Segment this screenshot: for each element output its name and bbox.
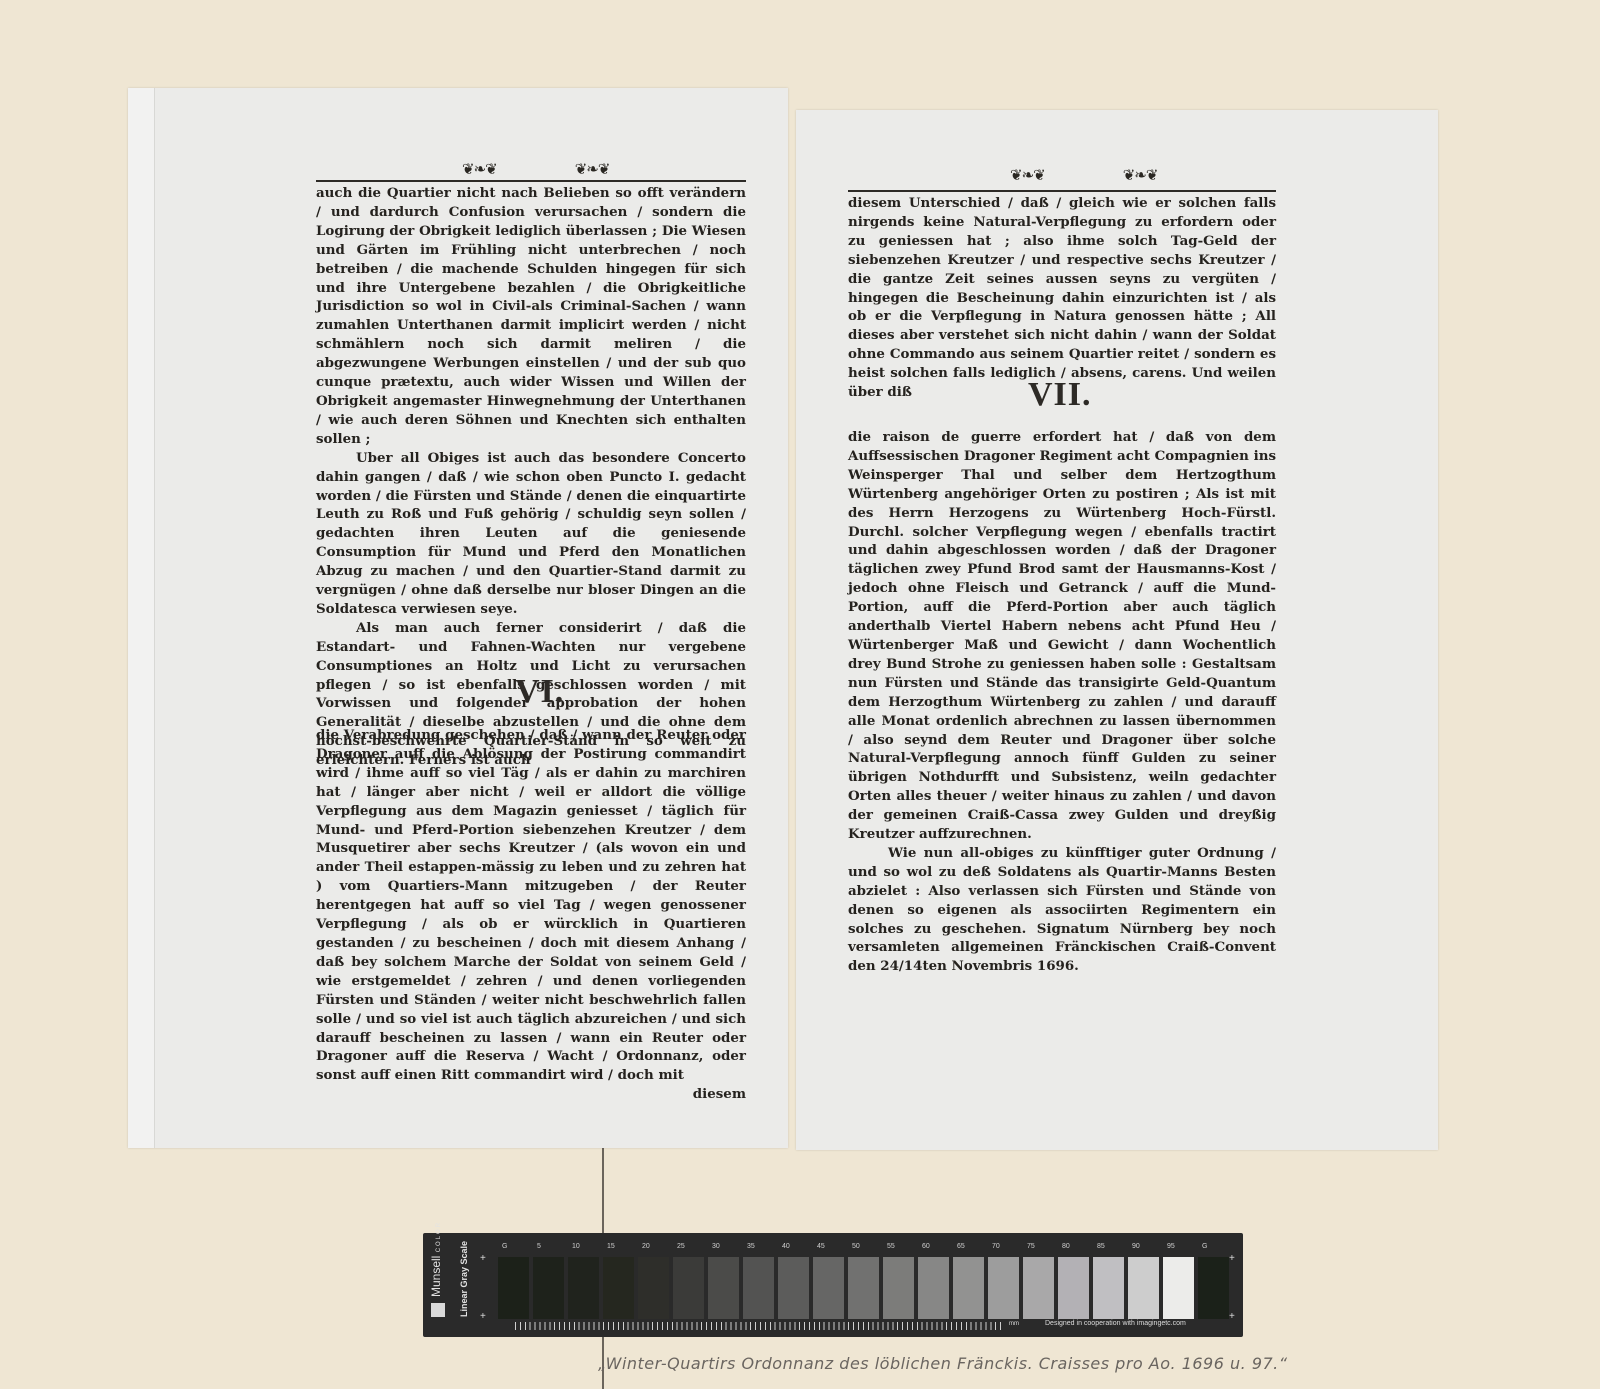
gray-patch: 60	[918, 1243, 949, 1319]
gray-patch: 5	[533, 1243, 564, 1319]
gray-patch: 80	[1058, 1243, 1089, 1319]
paragraph: auch die Quartier nicht nach Belieben so…	[316, 184, 746, 449]
patch-swatch	[638, 1257, 669, 1319]
patch-swatch	[778, 1257, 809, 1319]
gray-patch: 30	[708, 1243, 739, 1319]
patch-swatch	[988, 1257, 1019, 1319]
gray-patch: 20	[638, 1243, 669, 1319]
paragraph: die Verabredung geschehen / daß / wann d…	[316, 726, 746, 1085]
patch-swatch	[568, 1257, 599, 1319]
left-page-section-body: die Verabredung geschehen / daß / wann d…	[316, 726, 746, 1104]
registration-mark-icon: +	[480, 1253, 486, 1264]
paragraph: die raison de guerre erfordert hat / daß…	[848, 428, 1276, 844]
gray-patch: 50	[848, 1243, 879, 1319]
patch-label: 60	[918, 1243, 930, 1257]
patch-swatch	[1128, 1257, 1159, 1319]
patch-swatch	[673, 1257, 704, 1319]
gray-patches: G5101520253035404550556065707580859095G	[498, 1243, 1229, 1319]
right-page-body: diesem Unterschied / daß / gleich wie er…	[848, 194, 1276, 402]
patch-label: 10	[568, 1243, 580, 1257]
patch-swatch	[848, 1257, 879, 1319]
paragraph: diesem Unterschied / daß / gleich wie er…	[848, 194, 1276, 402]
gray-patch: 35	[743, 1243, 774, 1319]
gray-patch: 55	[883, 1243, 914, 1319]
patch-swatch	[498, 1257, 529, 1319]
patch-label: G	[498, 1243, 507, 1257]
patch-label: 25	[673, 1243, 685, 1257]
ruler-unit-label: mm	[1009, 1321, 1019, 1327]
patch-label: 75	[1023, 1243, 1035, 1257]
patch-label: 50	[848, 1243, 860, 1257]
paragraph: Wie nun all-obiges zu künfftiger guter O…	[848, 844, 1276, 976]
patch-swatch	[603, 1257, 634, 1319]
patch-swatch	[743, 1257, 774, 1319]
brand-label: Munsell COLOR	[429, 1221, 443, 1297]
catchword: diesem	[316, 1085, 746, 1104]
gray-scale-card: Munsell COLOR Linear Gray Scale + + + + …	[423, 1233, 1243, 1337]
patch-swatch	[1023, 1257, 1054, 1319]
right-page-section-body: die raison de guerre erfordert hat / daß…	[848, 428, 1276, 976]
scale-name-label: Linear Gray Scale	[459, 1241, 469, 1317]
gray-patch: G	[1198, 1243, 1229, 1319]
patch-label: 55	[883, 1243, 895, 1257]
patch-label: 65	[953, 1243, 965, 1257]
gray-patch: 25	[673, 1243, 704, 1319]
section-heading-vii: VII.	[1028, 376, 1092, 414]
patch-swatch	[533, 1257, 564, 1319]
patch-swatch	[1198, 1257, 1229, 1319]
patch-swatch	[708, 1257, 739, 1319]
patch-swatch	[883, 1257, 914, 1319]
registration-mark-icon: +	[480, 1311, 486, 1322]
patch-label: 95	[1163, 1243, 1175, 1257]
gray-patch: 15	[603, 1243, 634, 1319]
mount-fold-line-top	[602, 1200, 604, 1230]
header-rule	[848, 190, 1276, 192]
patch-label: 90	[1128, 1243, 1140, 1257]
patch-swatch	[1058, 1257, 1089, 1319]
patch-label: 45	[813, 1243, 825, 1257]
handwritten-caption: „Winter-Quartirs Ordonnanz des löblichen…	[598, 1354, 1288, 1373]
munsell-logo-icon	[431, 1303, 445, 1317]
patch-label: 20	[638, 1243, 650, 1257]
ornament-icon: ❦❧❦	[462, 160, 497, 178]
cooperation-label: Designed in cooperation with imagingetc.…	[1045, 1320, 1186, 1327]
section-heading-vi: VI.	[515, 673, 564, 711]
patch-label: 40	[778, 1243, 790, 1257]
patch-label: 15	[603, 1243, 615, 1257]
patch-swatch	[918, 1257, 949, 1319]
patch-swatch	[813, 1257, 844, 1319]
gray-patch: 45	[813, 1243, 844, 1319]
patch-label: 70	[988, 1243, 1000, 1257]
header-rule	[316, 180, 746, 182]
gray-patch: 40	[778, 1243, 809, 1319]
patch-label: 5	[533, 1243, 541, 1257]
patch-label: 85	[1093, 1243, 1105, 1257]
registration-mark-icon: +	[1229, 1253, 1235, 1264]
patch-label: 80	[1058, 1243, 1070, 1257]
ornament-icon: ❦❧❦	[1123, 166, 1158, 184]
patch-swatch	[953, 1257, 984, 1319]
gray-patch: 70	[988, 1243, 1019, 1319]
left-page-ornaments: ❦❧❦ ❦❧❦	[462, 160, 609, 178]
gray-patch: 90	[1128, 1243, 1159, 1319]
gray-patch: 65	[953, 1243, 984, 1319]
ornament-icon: ❦❧❦	[1010, 166, 1045, 184]
gray-patch: 10	[568, 1243, 599, 1319]
page-edge-flap	[128, 88, 155, 1148]
mm-ruler	[515, 1322, 1005, 1330]
gray-patch: 85	[1093, 1243, 1124, 1319]
paragraph: Uber all Obiges ist auch das besondere C…	[316, 449, 746, 619]
gray-patch: 75	[1023, 1243, 1054, 1319]
patch-label: G	[1198, 1243, 1207, 1257]
gray-patch: 95	[1163, 1243, 1194, 1319]
patch-swatch	[1163, 1257, 1194, 1319]
patch-label: 35	[743, 1243, 755, 1257]
registration-mark-icon: +	[1229, 1311, 1235, 1322]
right-page-ornaments: ❦❧❦ ❦❧❦	[1010, 166, 1157, 184]
patch-swatch	[1093, 1257, 1124, 1319]
gray-patch: G	[498, 1243, 529, 1319]
patch-label: 30	[708, 1243, 720, 1257]
ornament-icon: ❦❧❦	[575, 160, 610, 178]
